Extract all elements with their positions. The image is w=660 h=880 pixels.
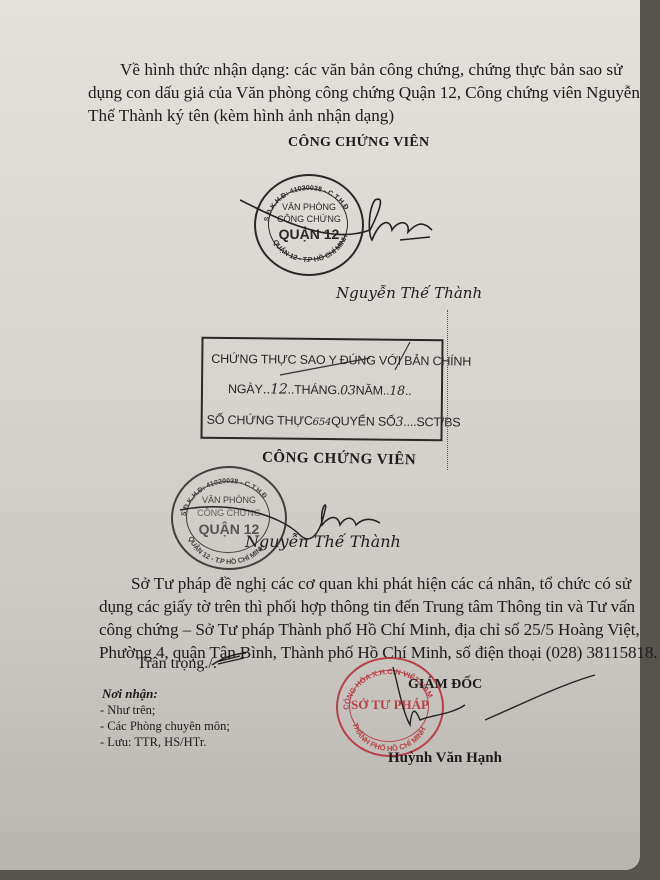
closing-text: Trân trọng./. bbox=[137, 655, 217, 673]
initial-mark bbox=[210, 650, 250, 670]
request-line-3: công chứng – Sở Tư pháp Thành phố Hồ Chí… bbox=[99, 618, 640, 642]
intro-line-2: dụng con dấu giả của Văn phòng công chứn… bbox=[88, 81, 640, 105]
intro-line-1: Về hình thức nhận dạng: các văn bản công… bbox=[120, 58, 590, 82]
recipient-item-3: - Lưu: TTR, HS/HTr. bbox=[100, 734, 206, 751]
request-line-1: Sở Tư pháp đề nghị các cơ quan khi phát … bbox=[131, 572, 631, 596]
box-pen-stroke bbox=[270, 340, 420, 380]
intro-line-3: Thế Thành ký tên (kèm hình ảnh nhận dạng… bbox=[88, 104, 394, 128]
signatory-name: Huỳnh Văn Hạnh bbox=[388, 750, 502, 767]
request-line-2: dụng các giấy tờ trên thì phối hợp thông… bbox=[99, 595, 635, 619]
notary-heading-1: CÔNG CHỨNG VIÊN bbox=[288, 135, 429, 151]
signature-stroke-1 bbox=[240, 190, 460, 260]
signed-name-2: Nguyễn Thế Thành bbox=[245, 532, 401, 551]
signed-name-1: Nguyễn Thế Thành bbox=[336, 284, 482, 302]
cert-line-2: NGÀY..12..THÁNG.03NĂM..18.. bbox=[228, 381, 412, 399]
recipient-item-2: - Các Phòng chuyên môn; bbox=[100, 718, 230, 735]
recipients-title: Nơi nhận: bbox=[102, 686, 158, 703]
notary-heading-2: CÔNG CHỨNG VIÊN bbox=[262, 450, 416, 470]
recipient-item-1: - Như trên; bbox=[100, 702, 155, 719]
dotted-edge bbox=[447, 310, 448, 470]
director-signature bbox=[390, 665, 600, 735]
document-page: Về hình thức nhận dạng: các văn bản công… bbox=[0, 0, 640, 870]
cert-line-3: SỐ CHỨNG THỰC654QUYỂN SỐ3....SCT/BS bbox=[207, 412, 461, 430]
